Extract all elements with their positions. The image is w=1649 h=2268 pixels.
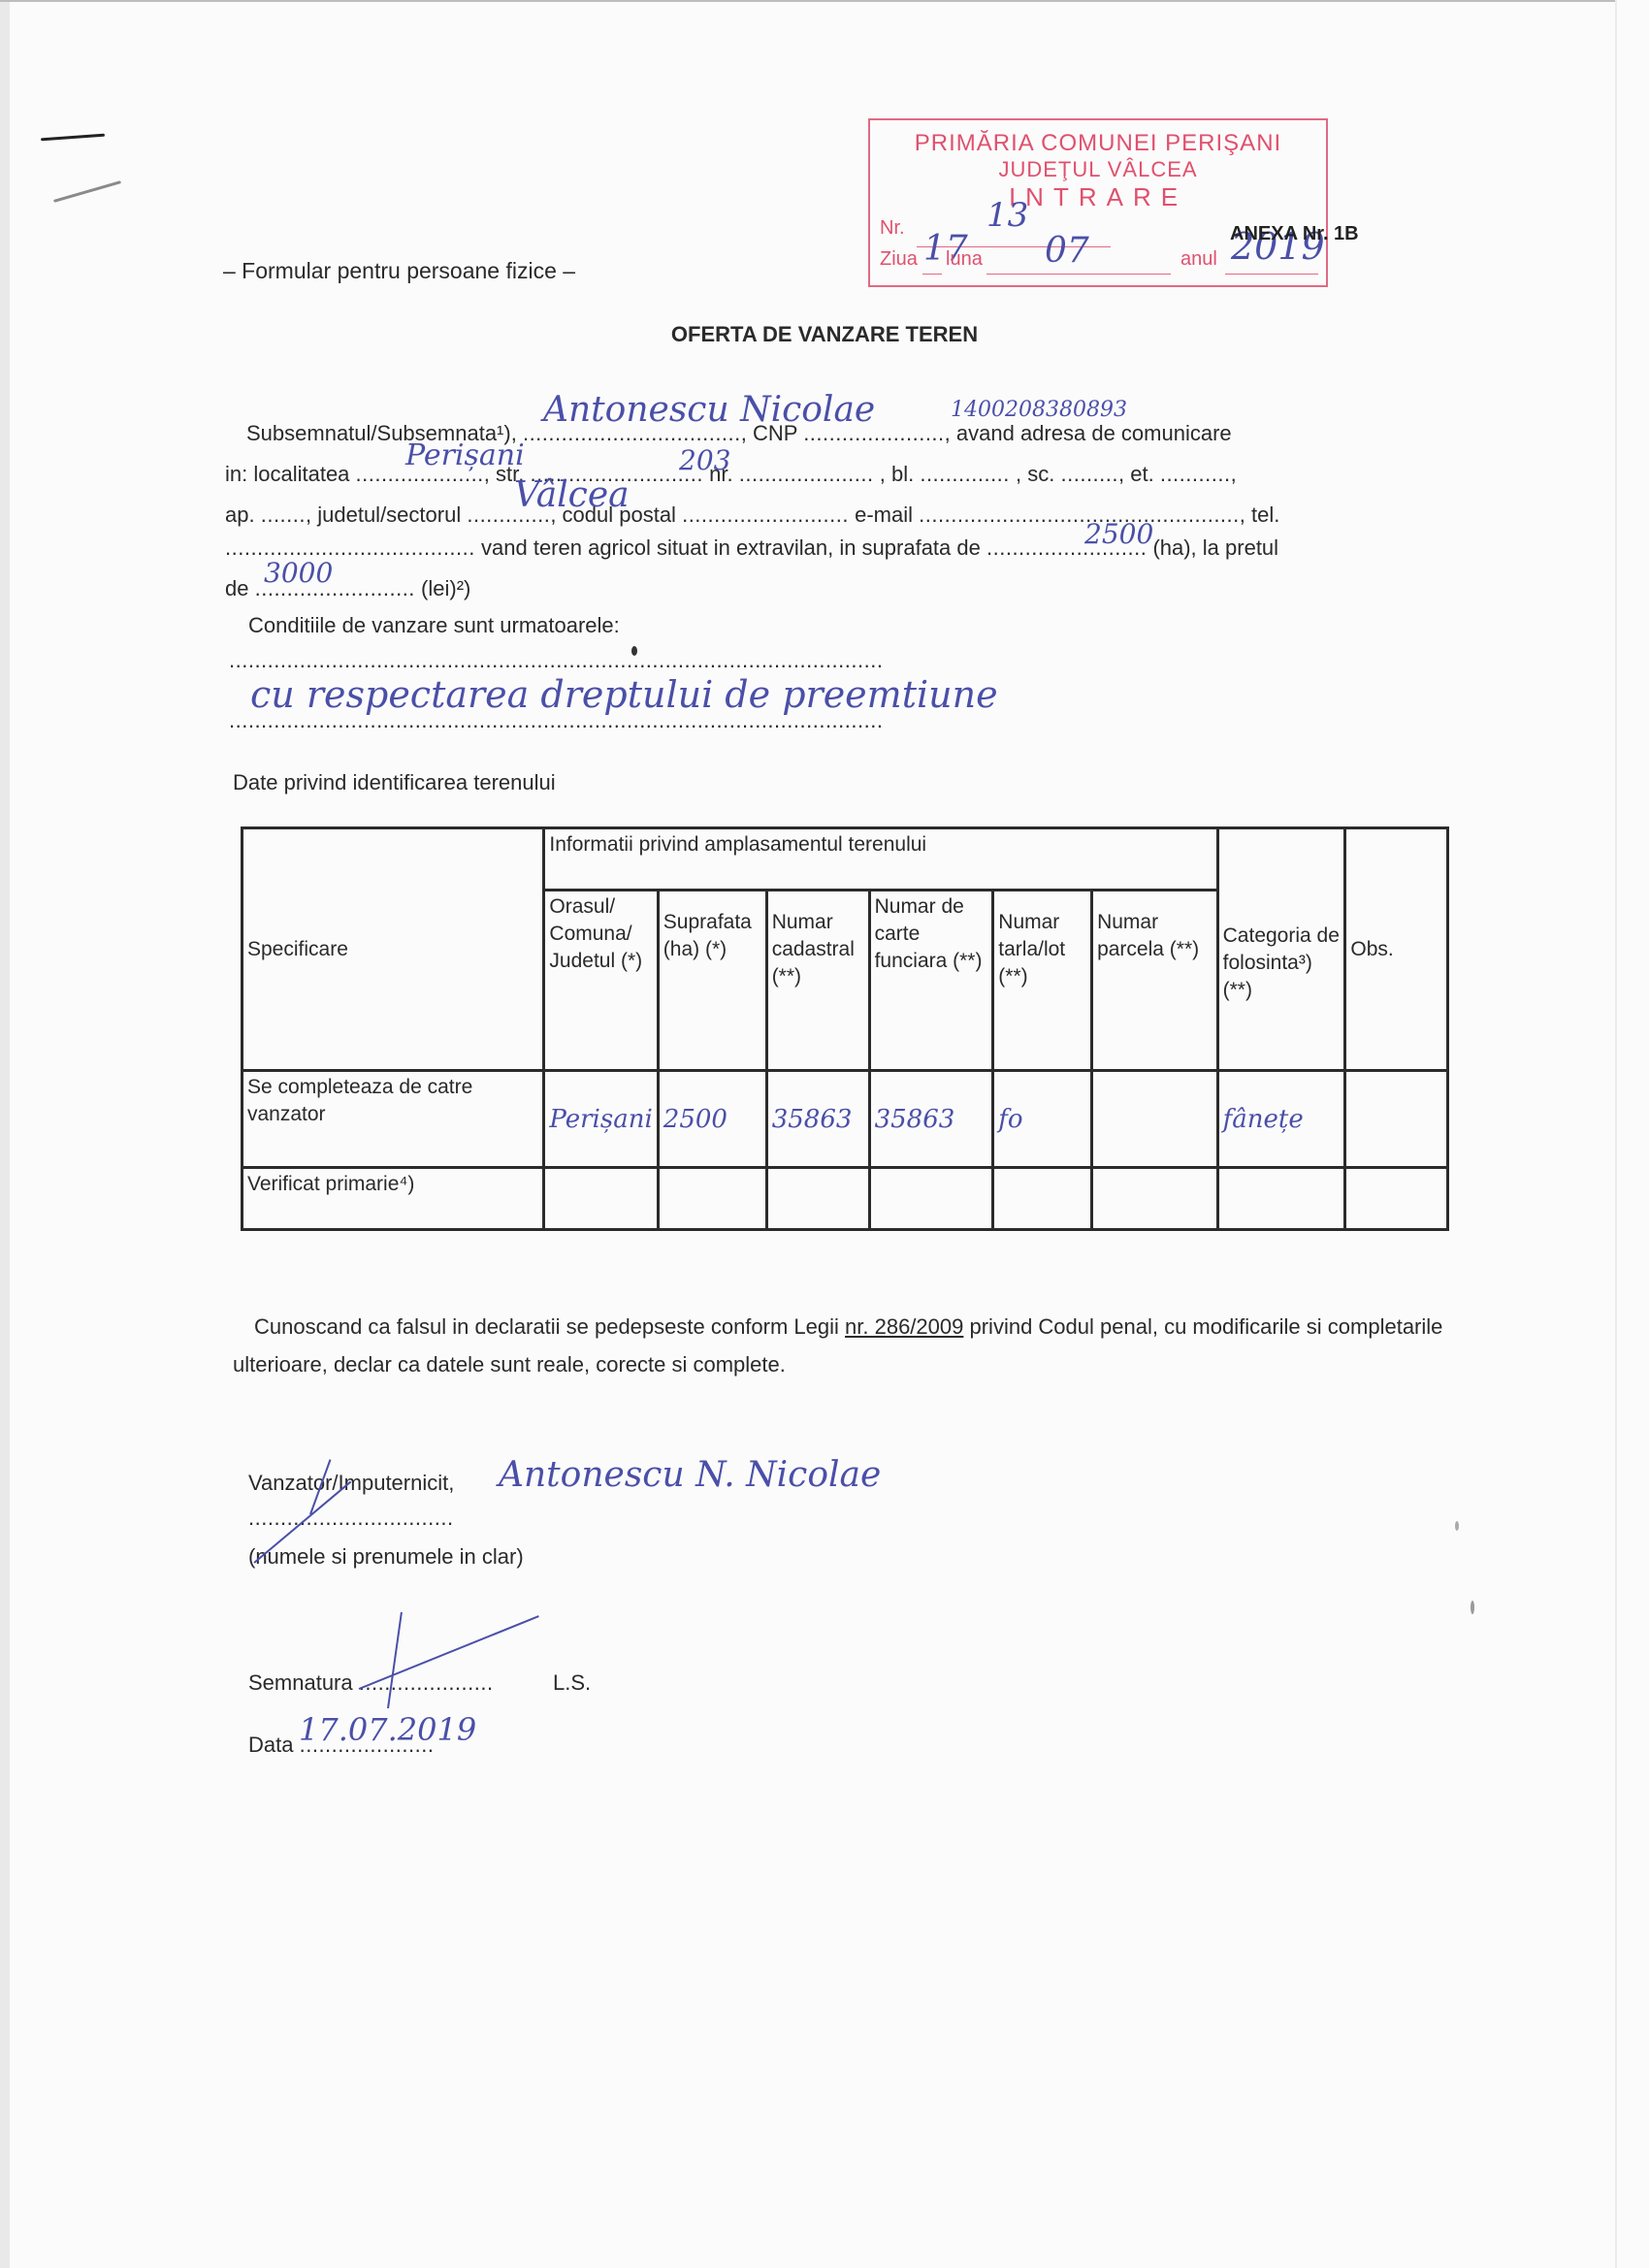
stamp-nr-label: Nr. <box>880 217 905 240</box>
staple-mark <box>53 180 121 203</box>
header-tarla-lot: Numar tarla/lot (**) <box>993 891 1092 1071</box>
vanzator-name-field[interactable]: Antonescu N. Nicolae <box>499 1455 881 1495</box>
judetul-field[interactable]: Vâlcea <box>514 475 630 515</box>
cell-suprafata[interactable] <box>658 1168 766 1230</box>
nr-dots: ..................... <box>739 462 874 486</box>
cell-parcela[interactable] <box>1092 1071 1218 1168</box>
registration-stamp: PRIMĂRIA COMUNEI PERIŞANI JUDEŢUL VÂLCEA… <box>868 118 1328 287</box>
declaration-part1: Cunoscand ca falsul in declaratii se ped… <box>233 1314 839 1339</box>
semnatura-text: Semnatura <box>248 1670 353 1695</box>
declaration-paragraph: Cunoscand ca falsul in declaratii se ped… <box>233 1308 1455 1383</box>
label-localitatea: in: localitatea <box>225 462 349 486</box>
label-address: , avand adresa de comunicare <box>945 421 1232 445</box>
data-text: Data <box>248 1733 293 1757</box>
stamp-intrare: INTRARE <box>870 182 1326 212</box>
street-field[interactable]: 203 <box>679 444 730 476</box>
header-categoria: Categoria de folosinta³) (**) <box>1217 828 1345 1071</box>
label-de: de <box>225 576 248 600</box>
suprafata-field[interactable]: 2500 <box>1084 518 1153 550</box>
line-end-comma: , <box>1231 462 1237 486</box>
ap-dots: ....... <box>261 502 306 527</box>
label-land-description: vand teren agricol situat in extravilan,… <box>481 535 981 560</box>
stamp-county: JUDEŢUL VÂLCEA <box>870 157 1326 182</box>
cell-cadastral[interactable]: 35863 <box>766 1071 869 1168</box>
stamp-institution: PRIMĂRIA COMUNEI PERIŞANI <box>870 130 1326 157</box>
conditions-dots-bottom: ........................................… <box>229 708 883 733</box>
localitatea-field[interactable]: Perișani <box>405 438 525 472</box>
header-carte-funciara: Numar de carte funciara (**) <box>869 891 993 1071</box>
annex-number: ANEXA Nr. 1B <box>1230 223 1359 245</box>
cell-tarla-lot[interactable] <box>993 1168 1092 1230</box>
cell-tarla-lot[interactable]: fo <box>993 1071 1092 1168</box>
header-specificare: Specificare <box>242 828 544 1071</box>
cell-categoria[interactable]: fânețe <box>1217 1071 1345 1168</box>
stamp-ziua-label: Ziua <box>880 248 918 271</box>
date-field[interactable]: 17.07.2019 <box>299 1711 476 1748</box>
label-et: , et. <box>1118 462 1154 486</box>
land-identification-table: Specificare Informatii privind amplasame… <box>241 826 1449 1231</box>
header-obs: Obs. <box>1345 828 1448 1071</box>
cell-categoria[interactable] <box>1217 1168 1345 1230</box>
page-top-edge <box>0 0 1615 2</box>
conditions-dots-top: ........................................… <box>229 648 883 673</box>
row-label-vanzator: Se completeaza de catre vanzator <box>242 1071 544 1168</box>
label-bl: , bl. <box>880 462 914 486</box>
stamp-underline <box>1225 274 1318 275</box>
header-cadastral: Numar cadastral (**) <box>766 891 869 1071</box>
codul-dots: .......................... <box>682 502 849 527</box>
stamp-anul-label: anul <box>1180 248 1217 271</box>
vanzator-name-dots: ................................ <box>248 1506 454 1531</box>
label-ha: (ha), la pretul <box>1152 535 1278 560</box>
label-lei: (lei)²) <box>421 576 470 600</box>
cnp-field[interactable]: 1400208380893 <box>951 398 1127 422</box>
header-parcela: Numar parcela (**) <box>1092 891 1218 1071</box>
ink-speck <box>1471 1601 1474 1614</box>
header-suprafata: Suprafata (ha) (*) <box>658 891 766 1071</box>
ink-speck <box>1455 1521 1459 1531</box>
stamp-luna-label: luna <box>946 248 983 271</box>
name-hint: (numele si prenumele in clar) <box>248 1544 524 1570</box>
cell-obs[interactable] <box>1345 1071 1448 1168</box>
email-dots: ........................................… <box>919 502 1240 527</box>
cell-suprafata[interactable]: 2500 <box>658 1071 766 1168</box>
vanzator-label: Vanzator/Imputernicit, <box>248 1471 454 1496</box>
form-line-price: de ......................... (lei)²) <box>225 576 470 601</box>
cell-carte-funciara[interactable] <box>869 1168 993 1230</box>
semnatura-dots: ..................... <box>359 1670 494 1695</box>
label-sc: , sc. <box>1016 462 1054 486</box>
label-email: e-mail <box>855 502 913 527</box>
header-group-amplasament: Informatii privind amplasamentul terenul… <box>544 828 1217 891</box>
cell-carte-funciara[interactable]: 35863 <box>869 1071 993 1168</box>
table-row-primarie: Verificat primarie⁴) <box>242 1168 1448 1230</box>
header-orasul: Orasul/ Comuna/ Judetul (*) <box>544 891 658 1071</box>
stamp-luna-value: 07 <box>1045 231 1089 271</box>
cell-cadastral[interactable] <box>766 1168 869 1230</box>
ls-label: L.S. <box>553 1670 591 1696</box>
cell-orasul[interactable] <box>544 1168 658 1230</box>
et-dots: ........... <box>1160 462 1231 486</box>
page-title: OFERTA DE VANZARE TEREN <box>0 322 1649 347</box>
stamp-underline <box>986 274 1171 275</box>
sc-dots: ......... <box>1061 462 1119 486</box>
identification-label: Date privind identificarea terenului <box>233 770 556 795</box>
staple-mark <box>41 134 105 142</box>
row-label-primarie: Verificat primarie⁴) <box>242 1168 544 1230</box>
table-row-vanzator: Se completeaza de catre vanzator Perișan… <box>242 1071 1448 1168</box>
ink-speck <box>631 646 637 656</box>
bl-dots: .............. <box>920 462 1010 486</box>
tel-dots: ....................................... <box>225 535 475 560</box>
stamp-underline <box>922 274 942 275</box>
cell-parcela[interactable] <box>1092 1168 1218 1230</box>
cell-orasul[interactable]: Perișani <box>544 1071 658 1168</box>
form-subtitle: – Formular pentru persoane fizice – <box>223 258 575 284</box>
label-tel: , tel. <box>1240 502 1280 527</box>
name-field[interactable]: Antonescu Nicolae <box>543 390 875 430</box>
price-field[interactable]: 3000 <box>264 557 333 589</box>
law-reference: nr. 286/2009 <box>845 1314 963 1339</box>
label-judetul: , judetul/sectorul <box>306 502 461 527</box>
stamp-nr-value: 13 <box>986 196 1028 235</box>
cell-obs[interactable] <box>1345 1168 1448 1230</box>
conditions-label: Conditiile de vanzare sunt urmatoarele: <box>248 613 620 638</box>
label-ap: ap. <box>225 502 255 527</box>
